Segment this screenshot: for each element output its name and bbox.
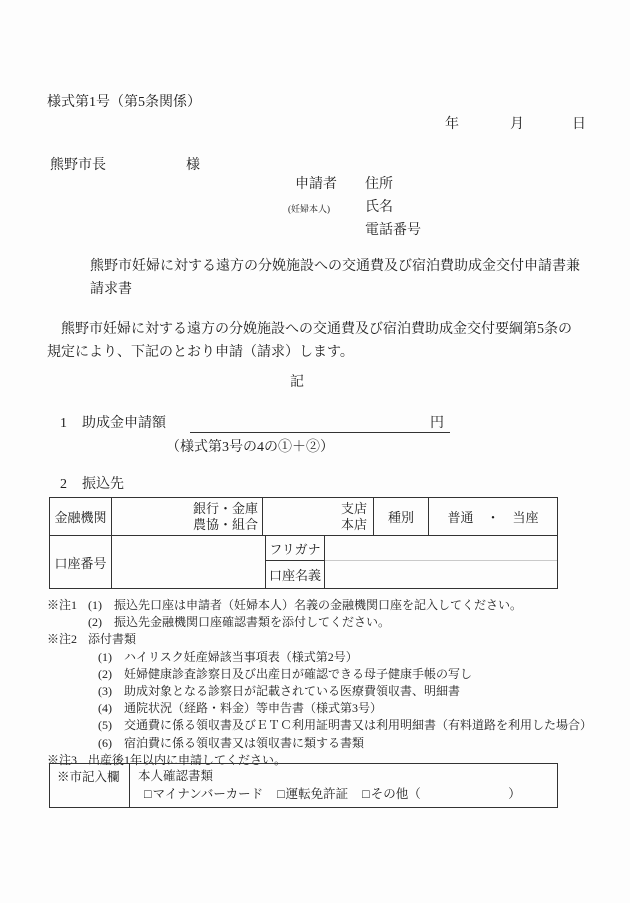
branch-field[interactable]: 支店 本店	[263, 498, 374, 536]
note-marker	[47, 717, 88, 734]
note-line: (1) ハイリスク妊産婦該当事項表（様式第2号）	[47, 649, 592, 666]
furigana-label: フリガナ	[266, 536, 325, 561]
bank-table: 金融機関 銀行・金庫 農協・組合 支店 本店 種別 普通 ・ 当座 口座番号 フ…	[49, 497, 558, 589]
applicant-label-cell: 申請者	[288, 176, 365, 199]
note-line: ※注1(1) 振込先口座は申請者（妊婦本人）名義の金融機関口座を記入してください…	[47, 597, 592, 614]
address-label: 住所	[365, 176, 393, 199]
account-number-label: 口座番号	[50, 536, 112, 588]
account-number-field[interactable]	[112, 536, 266, 588]
grant-amount-field[interactable]: 円	[190, 415, 450, 433]
form-title-line2: 請求書	[90, 278, 580, 301]
note-marker	[47, 735, 88, 752]
note-line: ※注2添付書類	[47, 631, 592, 648]
phone-label: 電話番号	[365, 222, 421, 245]
checkbox-icon[interactable]: □	[362, 787, 370, 801]
note-marker	[47, 700, 88, 717]
checkbox-icon[interactable]: □	[277, 787, 285, 801]
form-number: 様式第1号（第5条関係）	[47, 95, 201, 111]
bank-name-field[interactable]: 銀行・金庫 農協・組合	[112, 498, 263, 536]
note-text: (5) 交通費に係る領収書及びＥＴＣ利用証明書又は利用明細書（有料道路を利用した…	[98, 717, 592, 734]
city-entry-label: ※市記入欄	[50, 764, 130, 807]
applicant-label: 申請者	[288, 177, 337, 192]
note-line: (2) 妊婦健康診査診察日及び出産日が確認できる母子健康手帳の写し	[47, 666, 592, 683]
applicant-phone-row: 電話番号	[288, 222, 421, 245]
account-type-options[interactable]: 普通 ・ 当座	[429, 498, 557, 536]
currency-unit: 円	[430, 416, 444, 431]
name-label: 氏名	[365, 199, 393, 222]
body-paragraph: 熊野市妊婦に対する遠方の分娩施設への交通費及び宿泊費助成金交付要綱第5条の 規定…	[47, 318, 572, 364]
transfer-label: 振込先	[82, 477, 124, 492]
transfer-number: 2	[60, 476, 82, 494]
note-text: 添付書類	[88, 631, 136, 648]
financial-institution-label: 金融機関	[50, 498, 112, 536]
note-marker	[47, 649, 88, 666]
branch-type-line2: 本店	[263, 517, 367, 533]
form-title-line1: 熊野市妊婦に対する遠方の分娩施設への交通費及び宿泊費助成金交付申請書兼	[90, 255, 580, 278]
amount-formula-note: （様式第3号の4の①＋②）	[166, 440, 334, 456]
note-text: (2) 振込先金融機関口座確認書類を添付してください。	[88, 614, 390, 631]
day-label: 日	[572, 117, 586, 133]
note-line: (5) 交通費に係る領収書及びＥＴＣ利用証明書又は利用明細書（有料道路を利用した…	[47, 717, 592, 734]
institution-type-line1: 銀行・金庫	[112, 501, 258, 517]
body-line1: 熊野市妊婦に対する遠方の分娩施設への交通費及び宿泊費助成金交付要綱第5条の	[47, 318, 572, 341]
account-holder-label: 口座名義	[266, 561, 325, 588]
addressee-line: 熊野市長様	[50, 158, 200, 174]
date-line: 年 月 日	[0, 117, 630, 133]
id-documents-header: 本人確認書類	[138, 767, 549, 785]
month-label: 月	[510, 117, 524, 133]
city-entry-content: 本人確認書類 □マイナンバーカード □運転免許証 □その他（ ）	[130, 764, 557, 807]
transfer-section-heading: 2振込先	[60, 476, 124, 494]
grant-amount-section: 1助成金申請額円	[60, 415, 450, 433]
note-marker	[47, 666, 88, 683]
applicant-address-row: 申請者 住所	[288, 176, 421, 199]
form-page: 様式第1号（第5条関係） 年 月 日 熊野市長様 申請者 住所 (妊婦本人) 氏…	[0, 0, 630, 903]
checkbox-option[interactable]: □その他（ ）	[362, 785, 521, 803]
checkbox-label: 運転免許証	[286, 787, 349, 801]
checkbox-label: その他（ ）	[371, 787, 521, 801]
addressee-honorific: 様	[186, 158, 200, 173]
form-title: 熊野市妊婦に対する遠方の分娩施設への交通費及び宿泊費助成金交付申請書兼 請求書	[90, 255, 580, 301]
note-text: (6) 宿泊費に係る領収書又は領収書に類する書類	[98, 735, 364, 752]
furigana-field[interactable]	[325, 536, 557, 561]
id-documents-options: □マイナンバーカード □運転免許証 □その他（ ）	[138, 785, 549, 803]
city-entry-box: ※市記入欄 本人確認書類 □マイナンバーカード □運転免許証 □その他（ ）	[49, 763, 558, 808]
note-text: (2) 妊婦健康診査診察日及び出産日が確認できる母子健康手帳の写し	[98, 666, 472, 683]
account-type-label: 種別	[374, 498, 429, 536]
applicant-name-row: (妊婦本人) 氏名	[288, 199, 421, 222]
record-mark: 記	[0, 375, 594, 391]
note-line: (6) 宿泊費に係る領収書又は領収書に類する書類	[47, 735, 592, 752]
note-line: (4) 通院状況（経路・料金）等申告書（様式第3号）	[47, 700, 592, 717]
grant-amount-label: 助成金申請額	[82, 416, 166, 431]
addressee-name: 熊野市長	[50, 158, 106, 173]
applicant-block: 申請者 住所 (妊婦本人) 氏名 電話番号	[288, 176, 421, 245]
applicant-label-spacer	[288, 222, 365, 245]
note-marker: ※注1	[47, 597, 88, 614]
note-line: (2) 振込先金融機関口座確認書類を添付してください。	[47, 614, 592, 631]
year-label: 年	[445, 117, 459, 133]
note-line: (3) 助成対象となる診察日が記載されている医療費領収書、明細書	[47, 683, 592, 700]
note-text: (1) ハイリスク妊産婦該当事項表（様式第2号）	[98, 649, 358, 666]
grant-amount-number: 1	[60, 415, 82, 433]
note-marker	[47, 614, 88, 631]
checkbox-icon[interactable]: □	[144, 787, 152, 801]
applicant-sublabel: (妊婦本人)	[288, 199, 365, 222]
account-holder-field[interactable]	[325, 561, 557, 588]
checkbox-option[interactable]: □運転免許証	[277, 785, 348, 803]
institution-type-line2: 農協・組合	[112, 517, 258, 533]
note-text: (4) 通院状況（経路・料金）等申告書（様式第3号）	[98, 700, 382, 717]
branch-type-line1: 支店	[263, 501, 367, 517]
note-marker: ※注2	[47, 631, 88, 648]
note-text: (1) 振込先口座は申請者（妊婦本人）名義の金融機関口座を記入してください。	[88, 597, 522, 614]
notes-block: ※注1(1) 振込先口座は申請者（妊婦本人）名義の金融機関口座を記入してください…	[47, 597, 592, 769]
checkbox-option[interactable]: □マイナンバーカード	[144, 785, 263, 803]
note-marker	[47, 683, 88, 700]
checkbox-label: マイナンバーカード	[153, 787, 264, 801]
body-line2: 規定により、下記のとおり申請（請求）します。	[47, 341, 572, 364]
note-text: (3) 助成対象となる診察日が記載されている医療費領収書、明細書	[98, 683, 460, 700]
